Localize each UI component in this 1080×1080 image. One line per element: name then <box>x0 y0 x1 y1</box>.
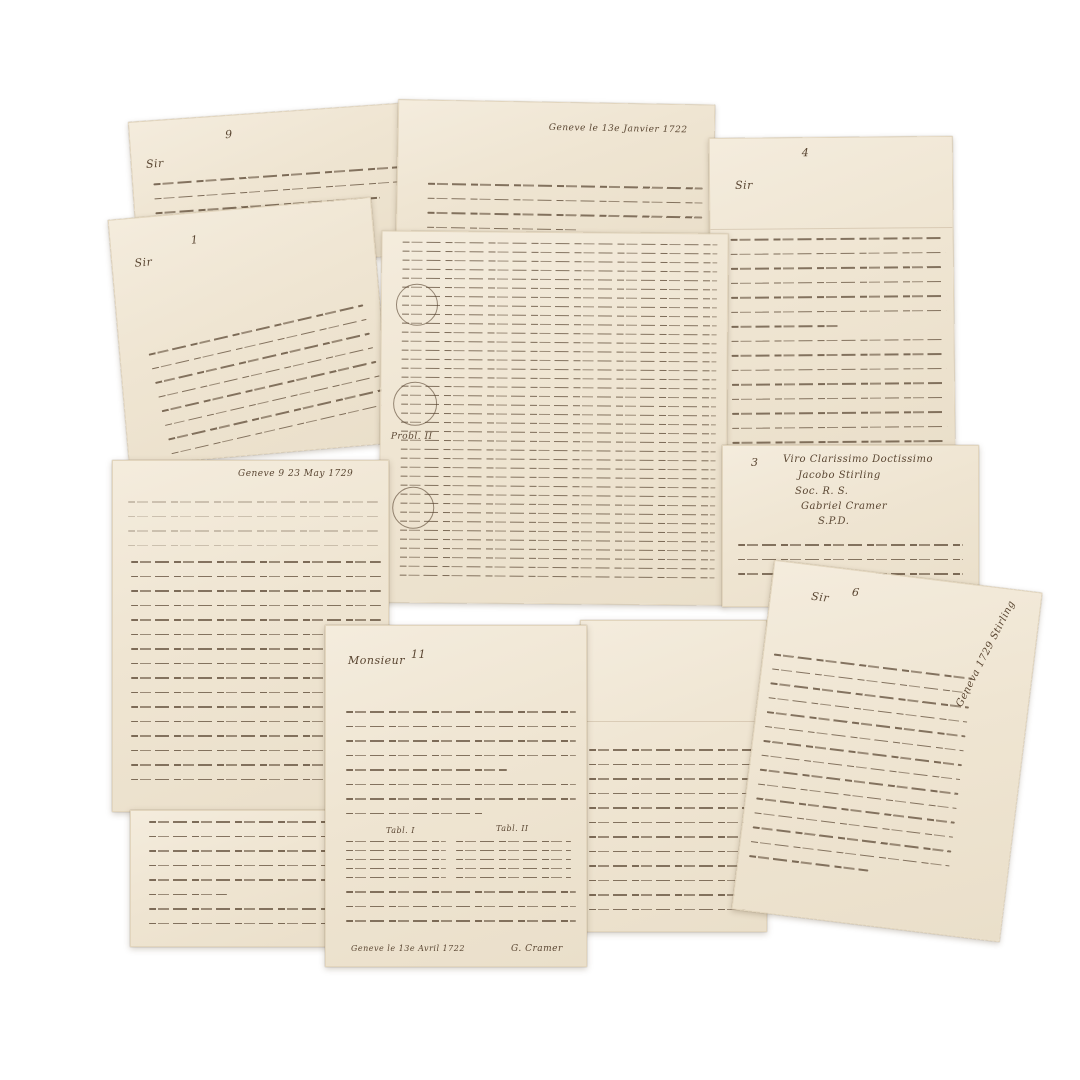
page-number: 11 <box>411 648 426 661</box>
dateline: Geneve le 13e Janvier 1722 <box>549 123 688 135</box>
salutation: Monsieur <box>348 654 405 667</box>
letter-sheet-bottom-right: Sir 6 Geneva 1729 Stirling <box>732 560 1043 942</box>
salutation: Sir <box>811 590 830 605</box>
signature: G. Cramer <box>511 944 563 954</box>
letter-sheet-top-right: 4 Sir <box>709 136 956 455</box>
letter-sheet-middle-left: Sir 1 <box>108 197 393 466</box>
dateline: Geneve le 13e Avril 1722 <box>351 944 465 953</box>
table-label: Tabl. I <box>386 826 415 835</box>
handwriting <box>748 654 973 894</box>
handwriting-show-through <box>128 501 378 559</box>
address-line: Jacobo Stirling <box>798 470 881 481</box>
handwriting <box>346 891 576 935</box>
math-table <box>346 841 446 886</box>
handwriting <box>346 711 576 827</box>
salutation: Sir <box>134 255 153 270</box>
salutation: Sir <box>735 179 753 192</box>
page-number: 6 <box>851 586 860 600</box>
math-table <box>456 841 571 886</box>
handwriting <box>149 304 389 466</box>
handwriting <box>149 821 344 937</box>
letter-sheet-bottom-center: Monsieur 11 Tabl. I Tabl. II Geneve le 1… <box>325 625 587 967</box>
handwriting <box>400 242 718 587</box>
page-number: 9 <box>225 128 233 141</box>
address-line: Viro Clarissimo Doctissimo <box>783 454 933 465</box>
table-label: Tabl. II <box>496 824 529 833</box>
letter-sheet-bottom-left <box>130 810 352 947</box>
page-number: 3 <box>751 456 759 469</box>
page-number: 4 <box>802 146 810 159</box>
salutation: Sir <box>146 157 165 171</box>
address-line: Soc. R. S. <box>795 486 848 497</box>
letter-sheet-center-math: Probl. II <box>378 230 728 605</box>
letter-sheet-top-center: Geneve le 13e Janvier 1722 <box>396 99 715 247</box>
page-number: 1 <box>190 233 199 247</box>
handwriting <box>731 237 948 455</box>
dateline: Geneve 9 23 May 1729 <box>238 469 353 479</box>
address-line: S.P.D. <box>818 516 849 527</box>
address-line: Gabriel Cramer <box>801 501 887 512</box>
